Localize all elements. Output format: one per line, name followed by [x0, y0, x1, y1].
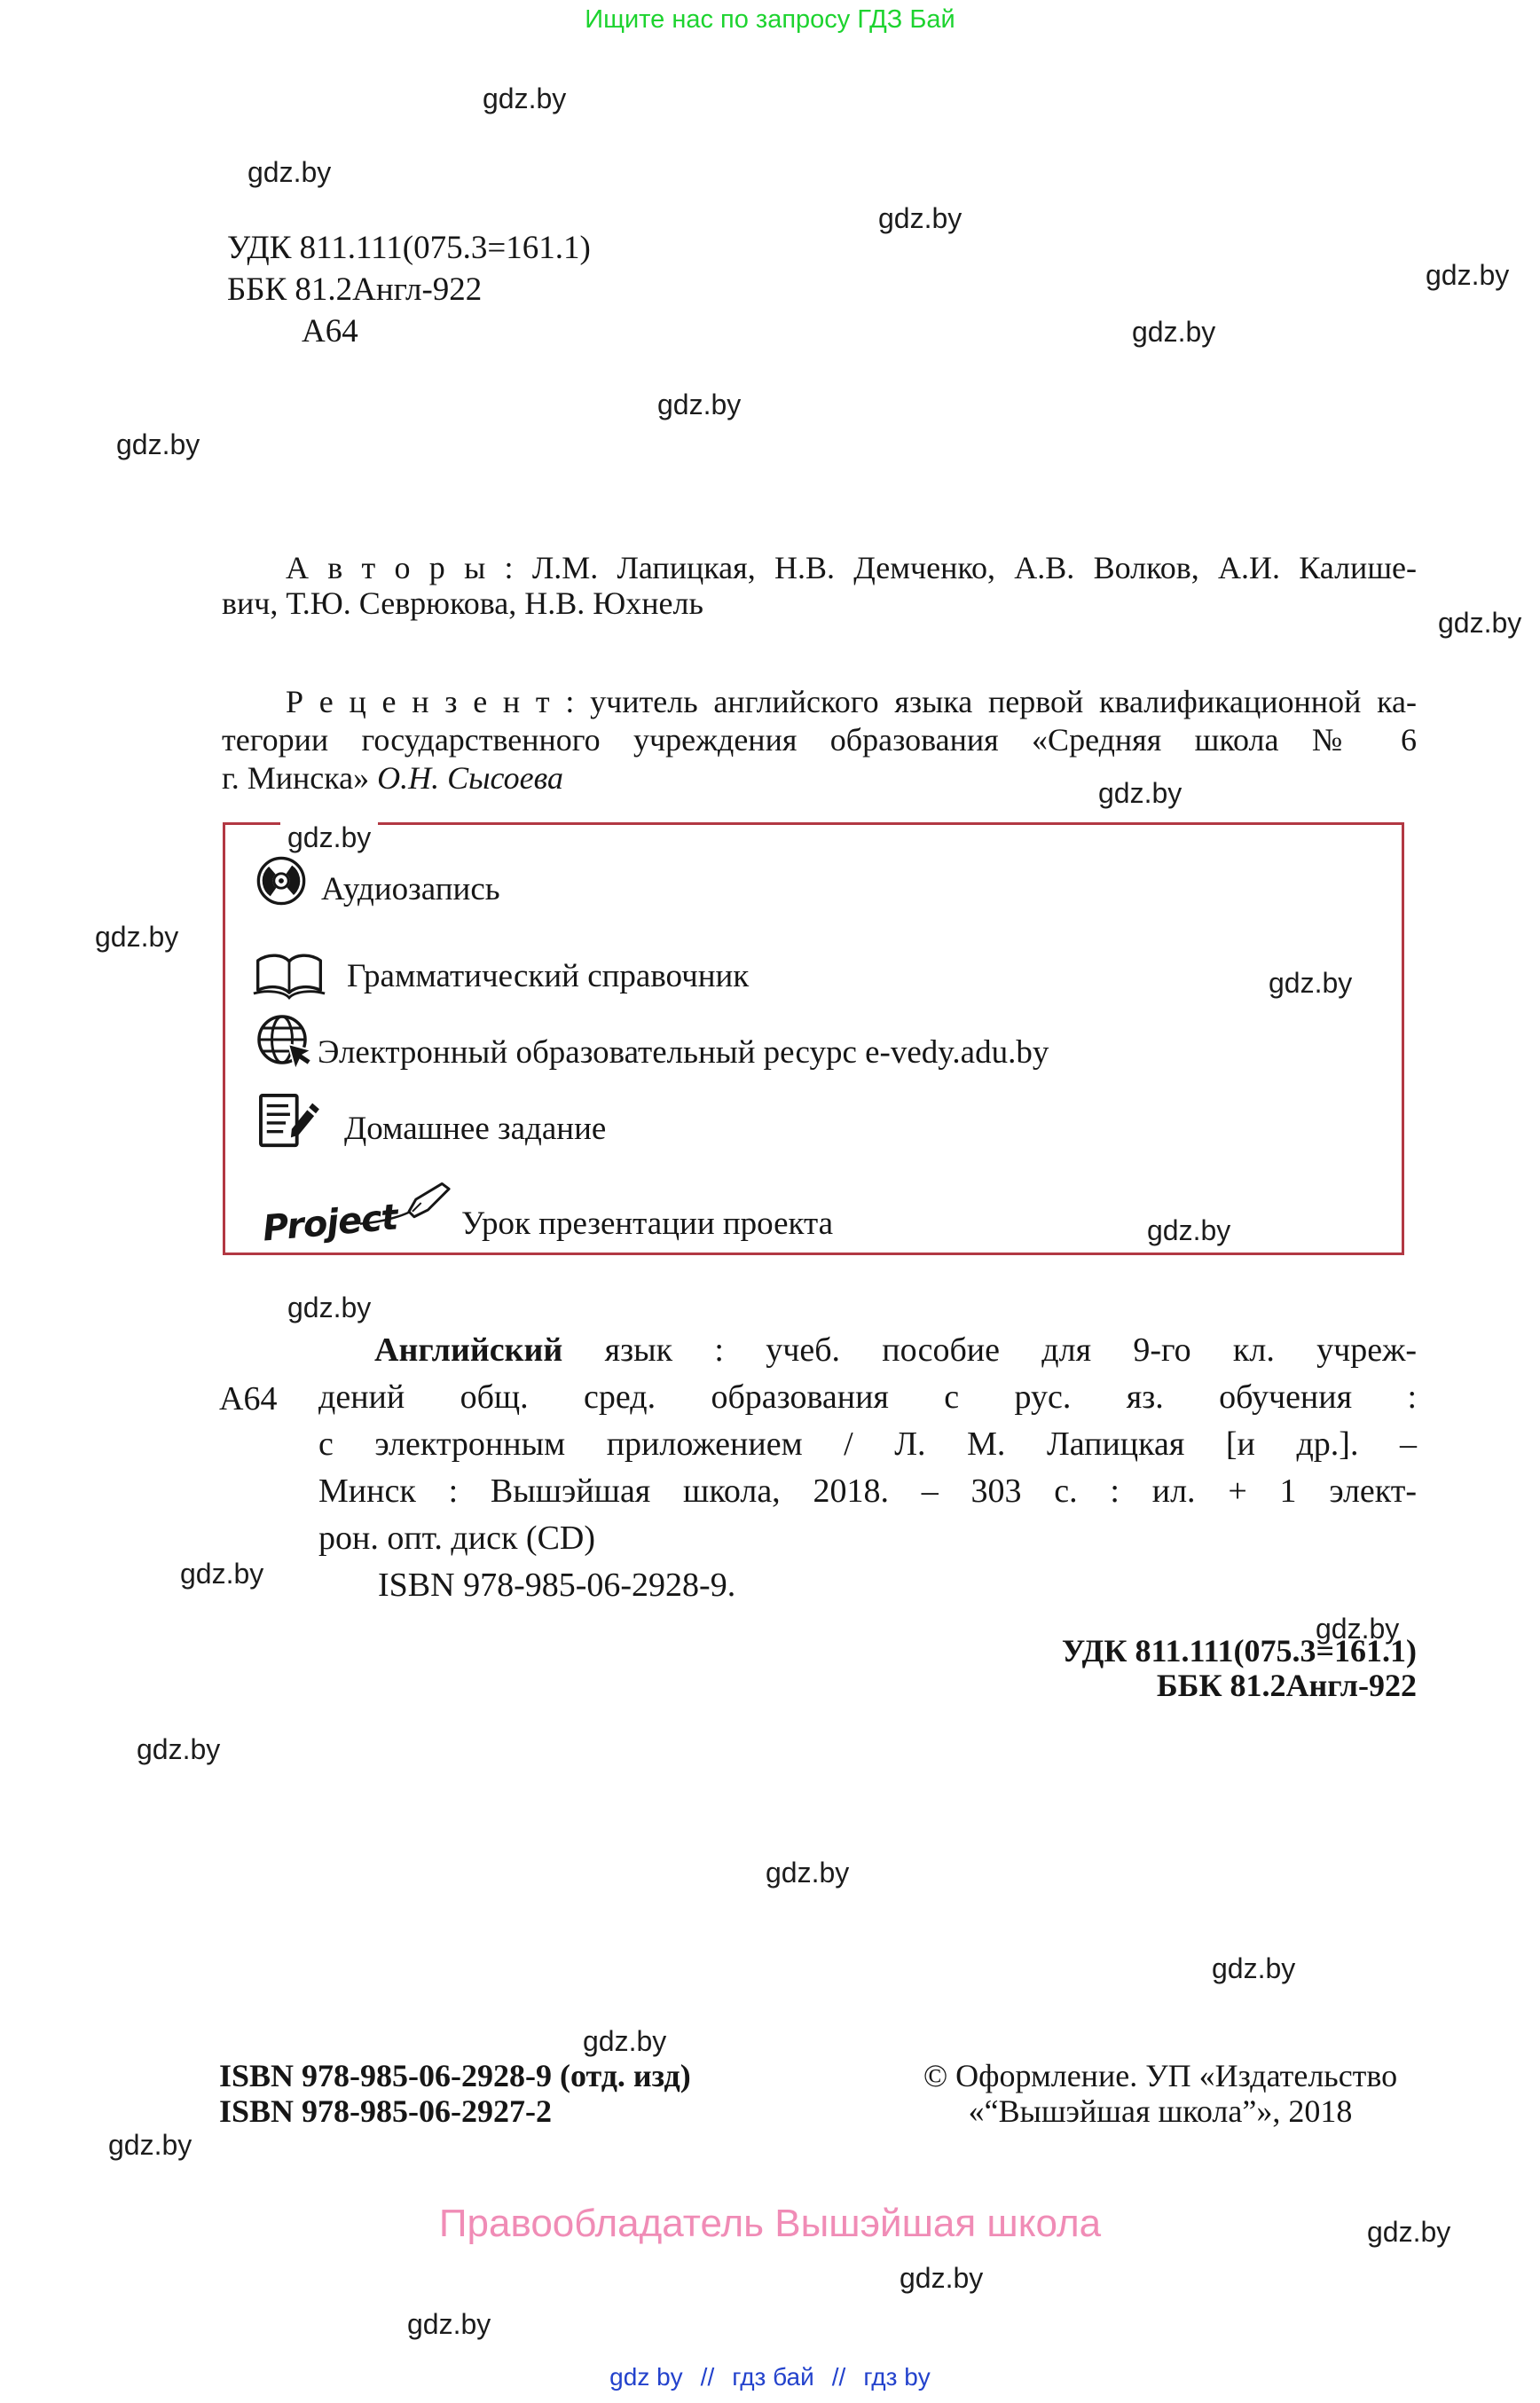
cd-icon — [255, 855, 307, 907]
watermark: gdz.by — [1426, 259, 1509, 292]
udk-code: УДК 811.111(075.3=161.1) — [227, 227, 591, 269]
watermark: gdz.by — [900, 2262, 983, 2295]
card-line: рон. опт. диск (CD) — [219, 1515, 1417, 1562]
card-line: с электронным приложением / Л. М. Лапицк… — [219, 1421, 1417, 1468]
promo-banner: Ищите нас по запросу ГДЗ Бай — [0, 5, 1540, 35]
catalog-card: А64 Английский язык : учеб. пособие для … — [219, 1327, 1417, 1609]
bbk-code: ББК 81.2Англ-922 — [876, 1669, 1417, 1703]
reviewer-line: тегории государственного учреждения обра… — [222, 721, 1417, 759]
watermark: gdz.by — [766, 1857, 849, 1889]
watermark: gdz.by — [407, 2308, 491, 2341]
watermark: gdz.by — [180, 1558, 263, 1590]
watermark: gdz.by — [1269, 967, 1352, 1000]
project-pen-icon — [358, 1180, 454, 1229]
legend-label: Урок презентации проекта — [461, 1205, 833, 1243]
footer-links: gdz by//гдз бай//гдз by — [0, 2363, 1540, 2391]
globe-icon — [255, 1013, 316, 1073]
authors-label: А в т о р ы : — [286, 550, 514, 585]
card-title: Английский — [374, 1331, 562, 1369]
reviewer-name: О.Н. Сысоева — [377, 760, 563, 796]
copyright-line: «“Вышэйшая школа”», 2018 — [887, 2093, 1434, 2129]
watermark: gdz.by — [116, 428, 200, 461]
reviewer-text: учитель английского языка первой квалифи… — [590, 684, 1417, 719]
card-line: дений общ. сред. образования с рус. яз. … — [219, 1374, 1417, 1421]
rights-holder-text: Правообладатель Вышэйшая школа — [0, 2202, 1540, 2246]
footer-copyright-block: © Оформление. УП «Издательство «“Вышэйша… — [887, 2058, 1434, 2129]
bbk-code: ББК 81.2Англ-922 — [227, 269, 591, 310]
card-isbn: ISBN 978-985-06-2928-9. — [219, 1562, 1417, 1609]
card-text: язык : учеб. пособие для 9-го кл. учреж- — [562, 1331, 1417, 1369]
link-separator: // — [832, 2363, 846, 2391]
footer-isbn-block: ISBN 978-985-06-2928-9 (отд. изд) ISBN 9… — [219, 2058, 691, 2129]
watermark: gdz.by — [137, 1733, 220, 1766]
watermark: gdz.by — [483, 82, 566, 115]
watermark: gdz.by — [1147, 1214, 1230, 1247]
author-sign: А64 — [227, 310, 591, 352]
watermark: gdz.by — [1132, 316, 1215, 349]
watermark: gdz.by — [657, 389, 741, 421]
card-line: Минск : Вышэйшая школа, 2018. – 303 с. :… — [219, 1468, 1417, 1515]
watermark: gdz.by — [878, 202, 962, 235]
reviewer-label: Р е ц е н з е н т : — [286, 684, 574, 719]
gdz-link[interactable]: gdz by — [609, 2363, 683, 2391]
copyright-line: © Оформление. УП «Издательство — [887, 2058, 1434, 2093]
authors-line: А в т о р ы : Л.М. Лапицкая, Н.В. Демчен… — [222, 550, 1417, 585]
isbn-line: ISBN 978-985-06-2927-2 — [219, 2093, 691, 2129]
legend-item-homework: Домашнее задание — [257, 1093, 606, 1150]
authors-names: Л.М. Лапицкая, Н.В. Демченко, А.В. Волко… — [532, 550, 1417, 585]
authors-line: вич, Т.Ю. Севрюкова, Н.В. Юхнель — [222, 585, 1417, 621]
legend-label: Электронный образовательный ресурс e-ved… — [318, 1033, 1049, 1072]
card-line: Английский язык : учеб. пособие для 9-го… — [219, 1327, 1417, 1374]
authors-paragraph: А в т о р ы : Л.М. Лапицкая, Н.В. Демчен… — [222, 550, 1417, 621]
legend-label: Грамматический справочник — [347, 957, 749, 995]
card-author-sign: А64 — [219, 1376, 277, 1423]
watermark: gdz.by — [108, 2129, 192, 2162]
watermark: gdz.by — [95, 921, 178, 954]
watermark: gdz.by — [280, 821, 378, 854]
isbn-line: ISBN 978-985-06-2928-9 (отд. изд) — [219, 2058, 691, 2093]
legend-label: Домашнее задание — [344, 1110, 606, 1148]
legend-label: Аудиозапись — [321, 870, 500, 908]
gdz-link[interactable]: гдз бай — [732, 2363, 814, 2391]
watermark: gdz.by — [1316, 1613, 1399, 1645]
bibliographic-codes-top: УДК 811.111(075.3=161.1) ББК 81.2Англ-92… — [227, 227, 591, 352]
watermark: gdz.by — [247, 156, 331, 189]
legend-box: Аудиозапись Грамматический справочник — [223, 822, 1404, 1255]
reviewer-line: Р е ц е н з е н т : учитель английского … — [222, 683, 1417, 721]
reviewer-line: г. Минска» О.Н. Сысоева — [222, 759, 1417, 797]
watermark: gdz.by — [1098, 777, 1182, 810]
legend-item-eresource: Электронный образовательный ресурс e-ved… — [255, 1013, 1049, 1073]
watermark: gdz.by — [1212, 1952, 1295, 1985]
book-icon — [252, 949, 326, 1002]
watermark: gdz.by — [1367, 2216, 1450, 2249]
legend-item-grammar: Грамматический справочник — [252, 949, 749, 1002]
reviewer-paragraph: Р е ц е н з е н т : учитель английского … — [222, 683, 1417, 797]
reviewer-text: г. Минска» — [222, 760, 377, 796]
legend-item-audio: Аудиозапись — [255, 855, 500, 907]
watermark: gdz.by — [583, 2025, 666, 2058]
link-separator: // — [701, 2363, 715, 2391]
homework-icon — [257, 1093, 319, 1150]
watermark: gdz.by — [287, 1292, 371, 1324]
scanned-imprint-page: Ищите нас по запросу ГДЗ Бай gdz.by gdz.… — [0, 0, 1540, 2403]
gdz-link[interactable]: гдз by — [863, 2363, 930, 2391]
watermark: gdz.by — [1438, 607, 1521, 640]
